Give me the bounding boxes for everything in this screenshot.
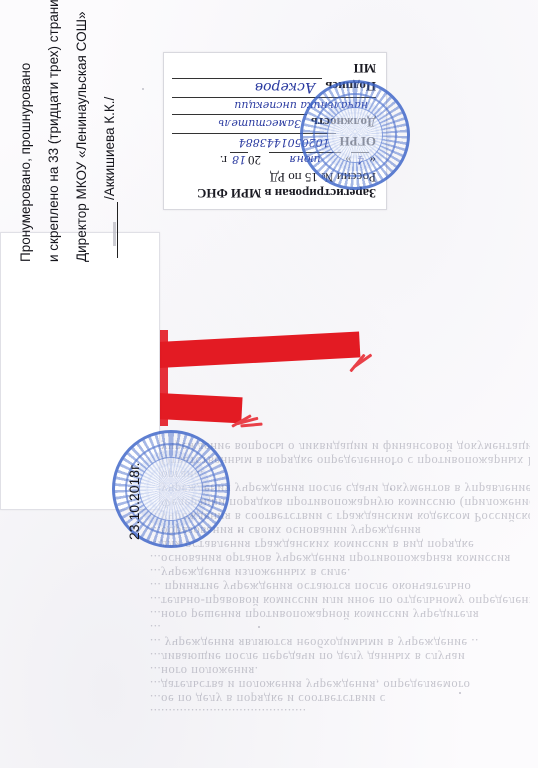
paper-speck [142, 88, 144, 90]
bleed-line: ........................................… [150, 706, 530, 720]
paper-speck [459, 692, 461, 694]
binding-ribbon-lower [157, 393, 242, 423]
bleed-line: ...ного решения противопожарной комиссии… [150, 608, 530, 622]
paper-speck [390, 488, 392, 490]
certification-line-3: Директор МКОУ «Ленинаульская СОШ» [68, 10, 96, 262]
paper-speck [392, 463, 394, 465]
scanned-page: ........................................… [0, 0, 538, 768]
ribbon-fringe [240, 423, 262, 428]
stamp-place-label: МП [172, 60, 376, 76]
director-signature-row: /Аккишиева К.К./ [96, 10, 124, 262]
date-year-suffix: 18 [230, 152, 248, 166]
bleed-line: ...учреждения изложенных в силе. [150, 566, 530, 580]
date-year-prefix: 20 [248, 152, 261, 168]
bleed-line: ...основания органов учреждения противоп… [150, 552, 530, 566]
binding-ribbon-upper [157, 331, 360, 368]
bleed-line: ...ое по делу в порядке и соответствии с [150, 692, 530, 706]
bleed-line: ...ливающие после передачи по делу данны… [150, 650, 530, 664]
certification-line-2: и скреплено на 33 (тридцати трех) страни… [40, 10, 68, 262]
inspector-signature: Аскеров [172, 78, 322, 94]
director-name: /Аккишиева К.К./ [96, 97, 124, 200]
certification-text: Пронумеровано, прошнуровано и скреплено … [12, 10, 124, 262]
paper-speck [238, 530, 240, 532]
paper-speck [258, 626, 260, 628]
bleed-line: ...ного положения. [150, 664, 530, 678]
bleed-line: ... учреждения являются необходимыми в у… [150, 636, 530, 650]
director-signature-line [103, 202, 118, 258]
bleed-line: ...тельно-правовой комиссии или иное по … [150, 594, 530, 608]
certification-date: 23.10.2018г. [126, 463, 142, 540]
bleed-line: ...для оставления гражданских комиссии в… [150, 538, 530, 552]
bleed-line: ... принятие учреждения остаются после о… [150, 580, 530, 594]
bleed-line: ... [150, 622, 530, 636]
date-year-unit: г. [220, 152, 227, 168]
tax-inspection-stamp [300, 80, 410, 190]
bleed-line: ...дательства и положения учреждения, оп… [150, 678, 530, 692]
position-value: Заместитель [172, 114, 307, 130]
certification-line-1: Пронумеровано, прошнуровано [12, 10, 40, 262]
